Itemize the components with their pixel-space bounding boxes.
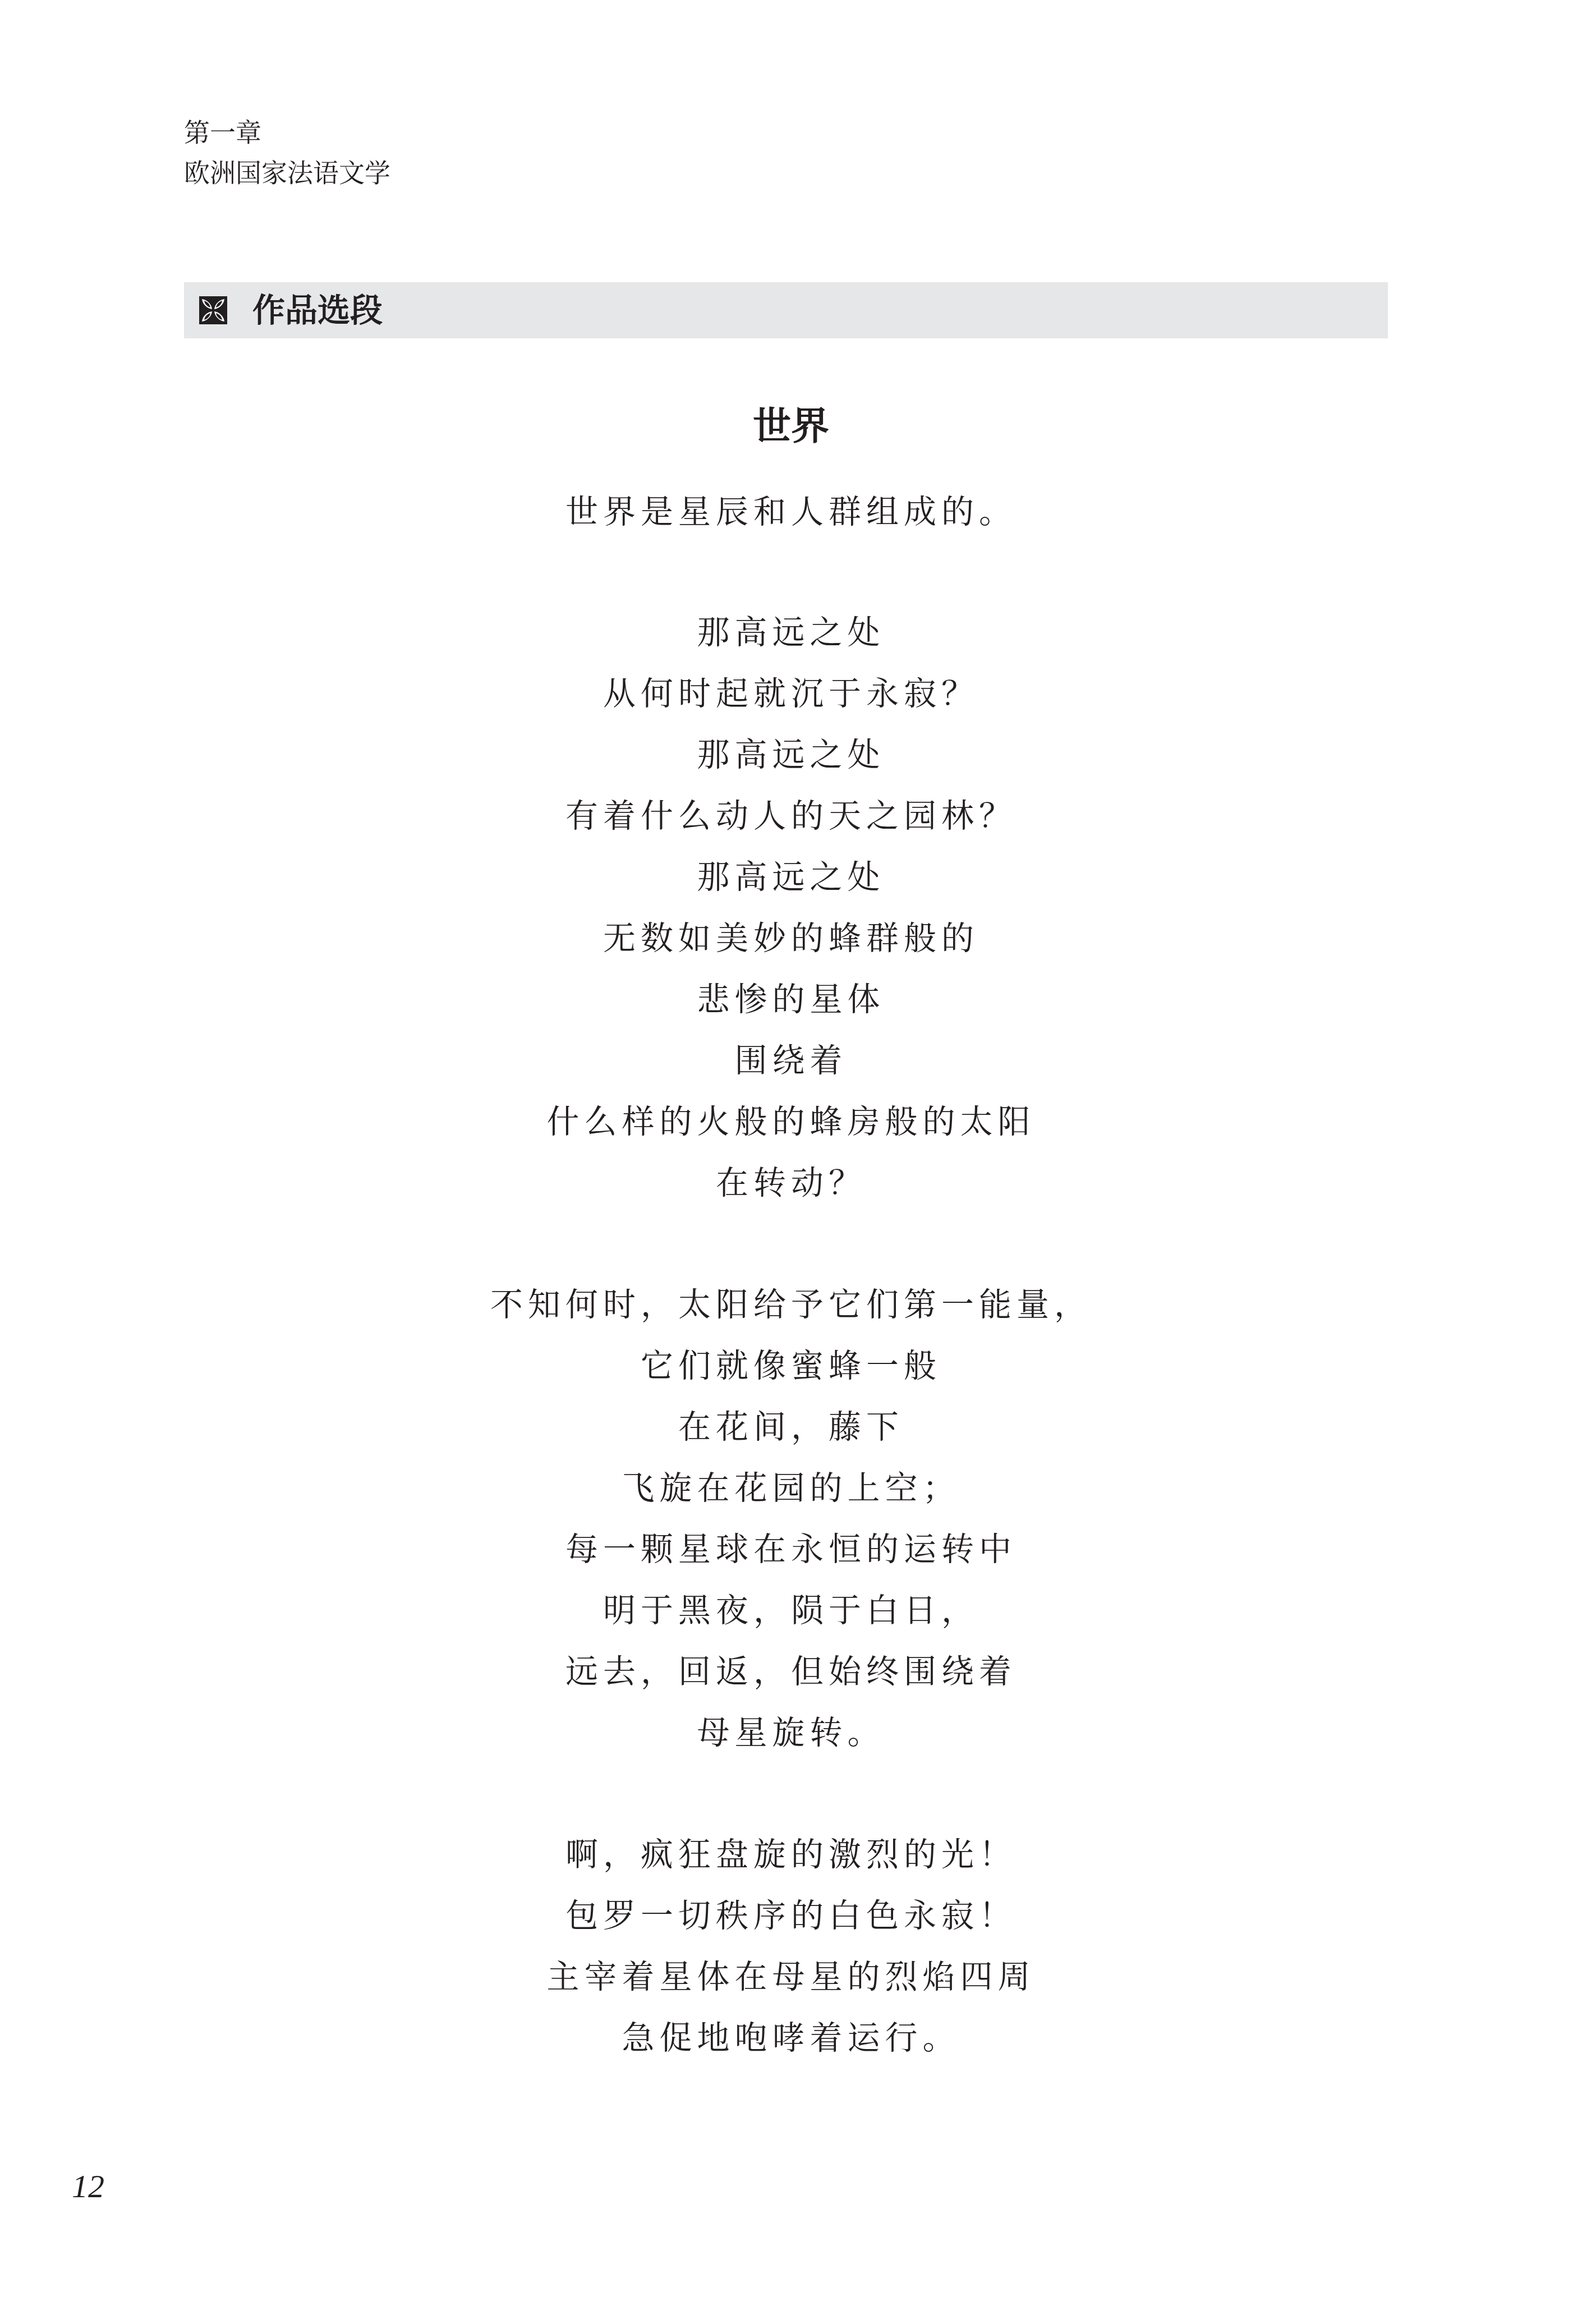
- section-header-band: 作品选段: [184, 282, 1388, 338]
- poem-line: 无数如美妙的蜂群般的: [0, 916, 1582, 961]
- poem-line: 啊，疯狂盘旋的激烈的光！: [0, 1832, 1582, 1877]
- poem-line: 急促地咆哮着运行。: [0, 2015, 1582, 2060]
- poem-line: 有着什么动人的天之园林？: [0, 793, 1582, 838]
- poem-line: 每一颗星球在永恒的运转中: [0, 1527, 1582, 1572]
- page-number: 12: [72, 2167, 104, 2206]
- poem-line: 世界是星辰和人群组成的。: [0, 489, 1582, 534]
- poem-line: 那高远之处: [0, 855, 1582, 899]
- poem-line: 那高远之处: [0, 732, 1582, 777]
- poem-line: 远去，回返，但始终围绕着: [0, 1649, 1582, 1694]
- poem-line: 母星旋转。: [0, 1710, 1582, 1755]
- poem-line: 那高远之处: [0, 610, 1582, 655]
- poem-line: 明于黑夜，陨于白日，: [0, 1588, 1582, 1633]
- poem-line: 它们就像蜜蜂一般: [0, 1343, 1582, 1388]
- poem-line: 什么样的火般的蜂房般的太阳: [0, 1099, 1582, 1144]
- poem-title: 世界: [0, 399, 1582, 453]
- poem-line: 主宰着星体在母星的烈焰四周: [0, 1954, 1582, 1999]
- running-head: 第一章 欧洲国家法语文学: [184, 112, 390, 193]
- poem-line: 包罗一切秩序的白色永寂！: [0, 1893, 1582, 1938]
- chapter-label: 第一章: [184, 112, 390, 153]
- poem-line: 围绕着: [0, 1038, 1582, 1083]
- section-title: 作品选段: [252, 291, 383, 329]
- poem-line: 在花间，藤下: [0, 1404, 1582, 1449]
- poem-line: 不知何时，太阳给予它们第一能量，: [0, 1282, 1582, 1327]
- poem-line: 悲惨的星体: [0, 977, 1582, 1022]
- poem-line: 从何时起就沉于永寂？: [0, 671, 1582, 716]
- chapter-subtitle: 欧洲国家法语文学: [184, 153, 390, 193]
- floral-ornament-icon: [199, 296, 227, 324]
- poem-line: 在转动？: [0, 1160, 1582, 1205]
- poem-line: 飞旋在花园的上空；: [0, 1466, 1582, 1510]
